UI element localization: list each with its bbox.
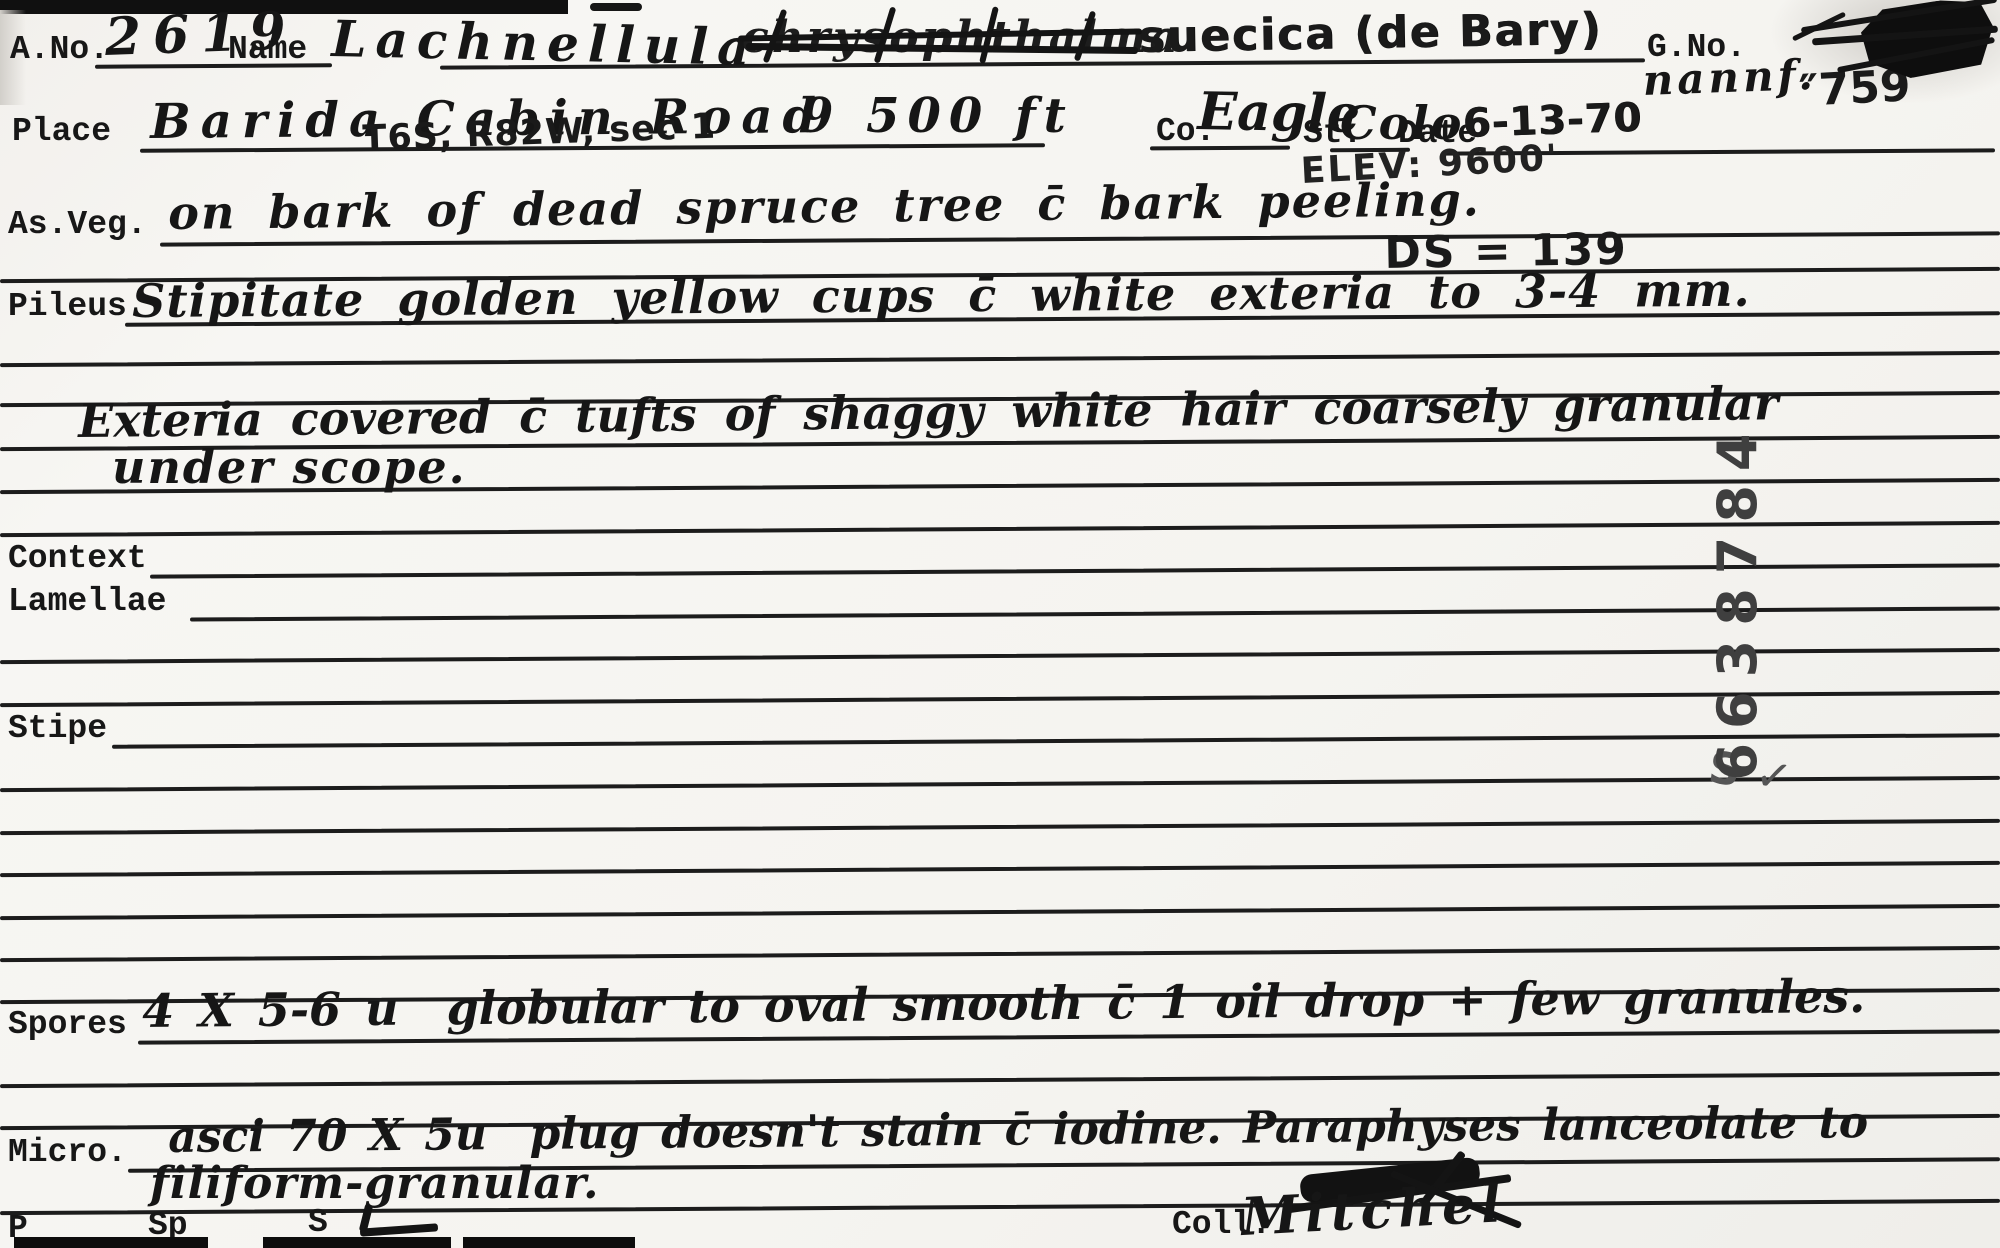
rule-line [0, 946, 2000, 962]
rule-line [0, 1072, 2000, 1088]
pileus-value: Stipitate golden yellow cups c̄ white ex… [132, 267, 1751, 324]
micro-label: Micro. [8, 1134, 127, 1171]
rule-line [0, 648, 2000, 664]
rule-line [0, 861, 2000, 877]
context-label: Context [8, 540, 147, 577]
scan-edge-strip-bottom [263, 1237, 451, 1248]
scan-edge-strip-bottom [14, 1237, 208, 1248]
s-code-check-mark [360, 1223, 438, 1236]
g-no-label: G.No. [1647, 29, 1746, 66]
place-altitude: 9 500 ft [800, 92, 1074, 140]
a-no-label: A.No. [10, 31, 109, 68]
stipe-label: Stipe [8, 710, 107, 747]
rule-line [0, 776, 2000, 792]
rule-line [0, 819, 2000, 835]
rule-line [0, 904, 2000, 920]
pileus-label: Pileus [8, 288, 127, 325]
code-s-label: S [308, 1204, 328, 1241]
rule-line [0, 351, 2000, 367]
lamellae-label: Lamellae [8, 583, 166, 620]
name-genus: Lachnellula [331, 14, 759, 73]
spores-label: Spores [8, 1006, 127, 1043]
rule-line [0, 691, 2000, 707]
micro-line-2: filiform-granular. [150, 1162, 599, 1206]
rule-line [0, 521, 2000, 537]
spores-value: 4 X 5-6 u globular to oval smooth c̄ 1 o… [142, 973, 1865, 1034]
scan-edge-strip-top-2 [590, 3, 642, 11]
specimen-index-card: A.No. 2619 Name Lachnellula chrysophthal… [0, 0, 2000, 1248]
micro-line-1: asci 70 X 5u plug doesn't stain c̄ iodin… [168, 1101, 1868, 1160]
name-label: Name [228, 31, 307, 68]
pileus-note-2: under scope. [112, 444, 467, 490]
pileus-note-1: Exteria covered c̄ tufts of shaggy white… [78, 380, 1778, 444]
as-veg-value: on bark of dead spruce tree c̄ bark peel… [168, 176, 1481, 236]
scan-edge-strip-bottom [463, 1237, 635, 1248]
place-label: Place [12, 113, 111, 150]
name-species: suecica (de Bary) [1138, 8, 1603, 60]
as-veg-label: As.Veg. [8, 206, 147, 243]
coll-value: Mitchel [1240, 1178, 1508, 1244]
vertical-accession-number: 6638784 [1711, 415, 1773, 785]
township-note: T6S, R82W, sec 1 [362, 110, 717, 157]
